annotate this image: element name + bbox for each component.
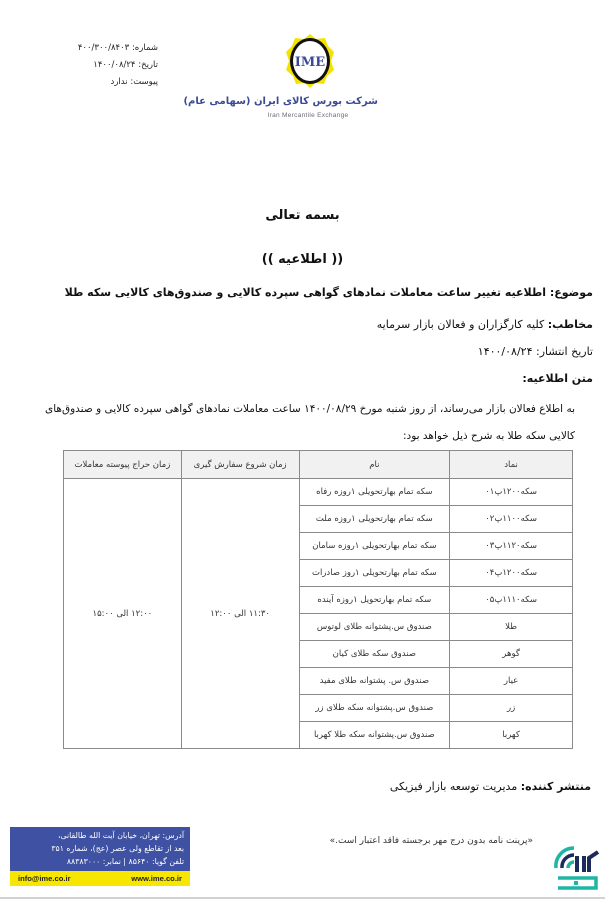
cell-symbol: سکه۱۱۲۰پ۰۳: [450, 533, 573, 560]
footer-web-strip: info@ime.co.ir www.ime.co.ir: [10, 871, 190, 886]
stamp-validity-note: «پرینت نامه بدون درج مهر برجسته فاقد اعت…: [330, 836, 533, 846]
header-name: نام: [299, 451, 450, 479]
table-header-row: نماد نام زمان شروع سفارش گیری زمان حراج …: [64, 451, 573, 479]
header-symbol: نماد: [450, 451, 573, 479]
pubdate-label: تاریخ انتشار:: [536, 345, 593, 358]
notice-body: به اطلاع فعالان بازار می‌رساند، از روز ش…: [45, 396, 575, 450]
publisher-label: منتشر کننده:: [521, 780, 591, 793]
cell-symbol: گوهر: [450, 641, 573, 668]
footer-address: آدرس: تهران، خیابان آیت الله طالقانی، بع…: [10, 827, 190, 871]
ime-logo: IME شرکت بورس کالای ایران (سهامی عام) Ir…: [238, 28, 378, 128]
publisher-line: منتشر کننده: مدیریت توسعه بازار فیزیکی: [390, 780, 591, 793]
letter-number: شماره: ۴۰۰/۳۰۰/۸۴۰۳: [60, 40, 158, 57]
cell-order-time: ۱۱:۳۰ الی ۱۲:۰۰: [181, 479, 299, 749]
bottom-divider: [0, 897, 605, 899]
pubdate-line: تاریخ انتشار: ۱۴۰۰/۰۸/۲۴: [478, 345, 593, 358]
cell-name: سکه تمام بهارتحویلی ۱روزه سامان: [299, 533, 450, 560]
letter-attachment: پیوست: ندارد: [60, 74, 158, 91]
audience-label: مخاطب:: [548, 318, 593, 331]
subject-line: موضوع: اطلاعیه تغییر ساعت معاملات نمادها…: [65, 286, 593, 299]
cell-symbol: عیار: [450, 668, 573, 695]
cell-symbol: سکه۱۲۰۰پ۰۱: [450, 479, 573, 506]
audience-line: مخاطب: کلیه کارگزاران و فعالان بازار سرم…: [377, 318, 593, 331]
website-link[interactable]: www.ime.co.ir: [131, 874, 182, 883]
subject-value: اطلاعیه تغییر ساعت معاملات نمادهای گواهی…: [65, 286, 546, 299]
company-name-en: Iran Mercantile Exchange: [238, 112, 378, 119]
notice-title: (( اطلاعیه )): [0, 252, 605, 267]
schedule-table: نماد نام زمان شروع سفارش گیری زمان حراج …: [63, 450, 573, 749]
cell-name: صندوق س.پشتوانه طلای لوتوس: [299, 614, 450, 641]
company-name-fa: شرکت بورس کالای ایران (سهامی عام): [238, 96, 378, 107]
cell-symbol: سکه۱۱۰۰پ۰۲: [450, 506, 573, 533]
cell-symbol: طلا: [450, 614, 573, 641]
address-line-2: بعد از تقاطع ولی عصر (عج)، شماره ۳۵۱: [10, 842, 184, 855]
cell-name: سکه تمام بهارتحویلی ۱روزه رفاه: [299, 479, 450, 506]
body-heading: متن اطلاعیه:: [522, 372, 593, 385]
phone-fax-line: تلفن گویا: ۸۵۶۴۰ | نمابر: ۸۸۳۸۳۰۰۰: [10, 855, 184, 868]
letter-meta: شماره: ۴۰۰/۳۰۰/۸۴۰۳ تاریخ: ۱۴۰۰/۰۸/۲۴ پی…: [60, 40, 158, 91]
publisher-value: مدیریت توسعه بازار فیزیکی: [390, 780, 517, 793]
letter-date: تاریخ: ۱۴۰۰/۰۸/۲۴: [60, 57, 158, 74]
bismillah-heading: بسمه تعالی: [0, 208, 605, 223]
cell-name: صندوق س.پشتوانه سکه طلا کهربا: [299, 722, 450, 749]
cell-name: سکه تمام بهارتحویل ۱روزه آینده: [299, 587, 450, 614]
header-auction-time: زمان حراج پیوسته معاملات: [64, 451, 182, 479]
cell-name: سکه تمام بهارتحویلی ۱روز صادرات: [299, 560, 450, 587]
cell-symbol: سکه۱۱۱۰پ۰۵: [450, 587, 573, 614]
cell-symbol: کهربا: [450, 722, 573, 749]
cell-name: صندوق س. پشتوانه طلای مفید: [299, 668, 450, 695]
cell-name: سکه تمام بهارتحویلی ۱روزه ملت: [299, 506, 450, 533]
cell-symbol: زر: [450, 695, 573, 722]
subject-label: موضوع:: [550, 286, 593, 299]
cell-auction-time: ۱۲:۰۰ الی ۱۵:۰۰: [64, 479, 182, 749]
table-row: سکه۱۲۰۰پ۰۱ سکه تمام بهارتحویلی ۱روزه رفا…: [64, 479, 573, 506]
address-line-1: آدرس: تهران، خیابان آیت الله طالقانی،: [10, 829, 184, 842]
email-link[interactable]: info@ime.co.ir: [18, 874, 71, 883]
ime-emblem-icon: IME: [285, 33, 335, 89]
audience-value: کلیه کارگزاران و فعالان بازار سرمایه: [377, 318, 544, 331]
pubdate-value: ۱۴۰۰/۰۸/۲۴: [478, 345, 533, 358]
header-order-time: زمان شروع سفارش گیری: [181, 451, 299, 479]
kala-khabar-watermark-icon: [548, 838, 600, 894]
svg-text:IME: IME: [295, 55, 325, 70]
cell-symbol: سکه۱۲۰۰پ۰۴: [450, 560, 573, 587]
cell-name: صندوق سکه طلای کیان: [299, 641, 450, 668]
footer-contact-box: آدرس: تهران، خیابان آیت الله طالقانی، بع…: [0, 827, 190, 887]
cell-name: صندوق س.پشتوانه سکه طلای زر: [299, 695, 450, 722]
